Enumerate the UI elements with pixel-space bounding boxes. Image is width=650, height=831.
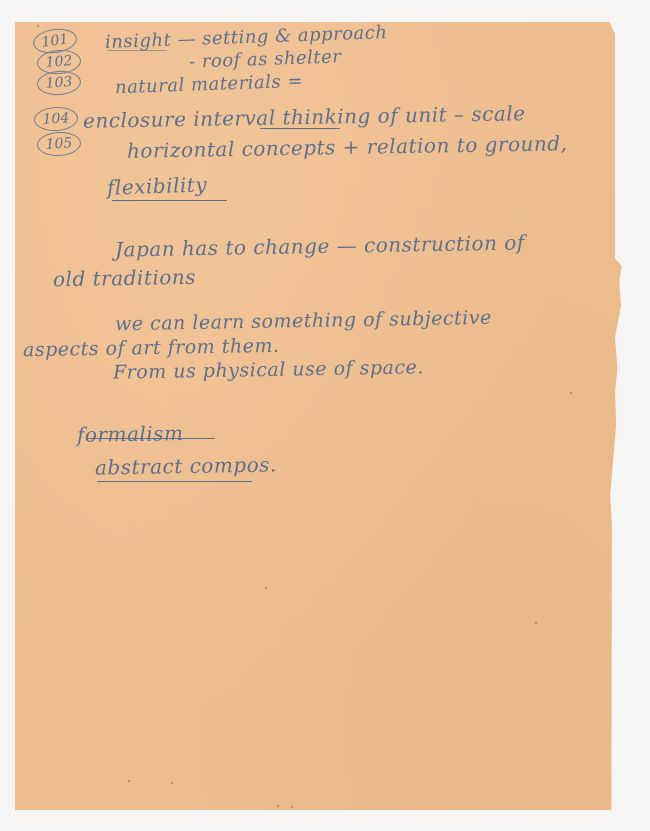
underline [112, 200, 227, 201]
paper-speck [570, 392, 572, 394]
underline [260, 128, 340, 129]
heading-flexibility: flexibility [107, 172, 208, 199]
underline [87, 438, 215, 439]
underline [107, 50, 167, 51]
paper-speck [535, 622, 537, 624]
paragraph-2-line-2: aspects of art from them. [23, 335, 280, 361]
paragraph-1-line-1: Japan has to change — construction of [115, 230, 525, 261]
item-number-circle: 105 [36, 131, 81, 157]
paper-speck [128, 780, 130, 782]
paragraph-2-line-1: we can learn something of subjective [115, 307, 492, 336]
note-item-102: - roof as shelter [189, 46, 342, 72]
paragraph-2-line-3: From us physical use of space. [113, 356, 424, 383]
underline [97, 481, 252, 482]
paper-speck [265, 587, 267, 589]
term-formalism: formalism [77, 421, 184, 447]
scan-background: 101 102 103 104 105 insight — setting & … [0, 0, 650, 831]
note-item-101: insight — setting & approach [105, 22, 388, 53]
paper-speck [291, 806, 293, 808]
paper-speck [37, 25, 39, 27]
paper-speck [171, 782, 173, 784]
handwritten-page: 101 102 103 104 105 insight — setting & … [15, 22, 626, 810]
paper-speck [277, 805, 279, 807]
item-number-circle: 104 [33, 106, 78, 132]
note-item-105: horizontal concepts + relation to ground… [127, 131, 568, 163]
note-item-103: natural materials = [115, 71, 304, 99]
item-number-circle: 103 [36, 69, 82, 96]
paragraph-1-line-2: old traditions [53, 265, 196, 291]
term-abstract-compos: abstract compos. [95, 452, 277, 479]
